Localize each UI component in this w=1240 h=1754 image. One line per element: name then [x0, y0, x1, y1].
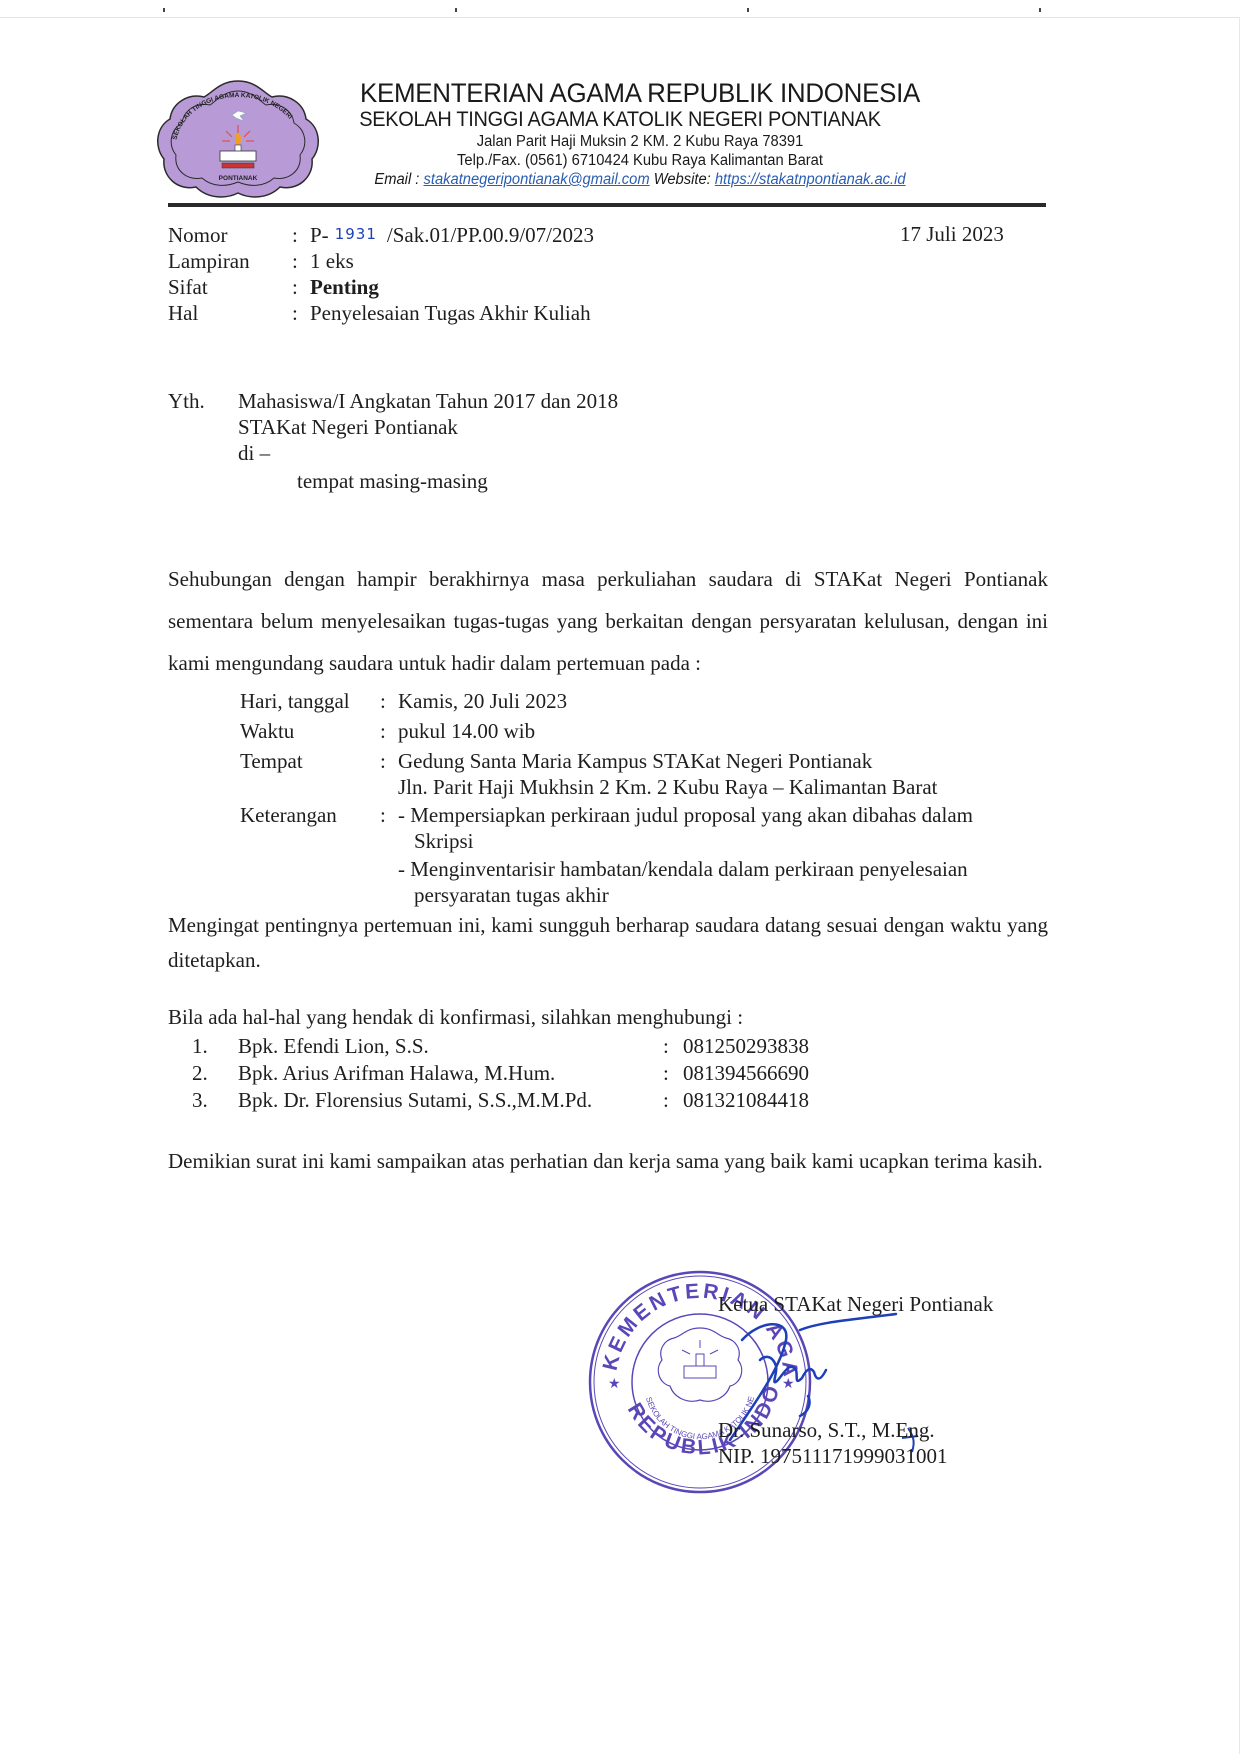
keterangan-item: - Menginventarisir hambatan/kendala dala…	[398, 856, 968, 882]
contact-item: 2.Bpk. Arius Arifman Halawa, M.Hum.:0813…	[192, 1060, 809, 1086]
letter-date: 17 Juli 2023	[900, 222, 1004, 247]
detail-hari: Hari, tanggal:Kamis, 20 Juli 2023	[240, 688, 567, 714]
email-label: Email :	[374, 171, 423, 188]
signatory-name: Dr. Sunarso, S.T., M.Eng.	[718, 1418, 935, 1443]
ministry-name: KEMENTERIAN AGAMA REPUBLIK INDONESIA	[333, 78, 947, 108]
salutation: Yth.	[168, 388, 205, 414]
institution-contact: Email : stakatnegeripontianak@gmail.com …	[336, 170, 944, 189]
handwritten-number: 1931	[335, 221, 377, 247]
recipient-line: STAKat Negeri Pontianak	[238, 414, 458, 440]
institution-logo-icon: SEKOLAH TINGGI AGAMA KATOLIK NEGERI PONT…	[152, 77, 324, 201]
detail-tempat: Tempat:Gedung Santa Maria Kampus STAKat …	[240, 748, 872, 774]
contact-intro: Bila ada hal-hal yang hendak di konfirma…	[168, 1004, 743, 1030]
signatory-title: Ketua STAKat Negeri Pontianak	[718, 1292, 993, 1317]
meta-nomor: Nomor:P-1931/Sak.01/PP.00.9/07/2023	[168, 222, 594, 250]
contact-phone: 081321084418	[683, 1088, 809, 1112]
nomor-suffix: /Sak.01/PP.00.9/07/2023	[387, 223, 594, 247]
detail-tempat-cont: Jln. Parit Haji Mukhsin 2 Km. 2 Kubu Ray…	[398, 774, 938, 800]
reminder-paragraph: Mengingat pentingnya pertemuan ini, kami…	[168, 908, 1048, 978]
contact-phone: 081394566690	[683, 1061, 809, 1085]
website-link[interactable]: https://stakatnpontianak.ac.id	[715, 171, 906, 188]
svg-text:PONTIANAK: PONTIANAK	[219, 175, 258, 182]
detail-keterangan: Keterangan:- Mempersiapkan perkiraan jud…	[240, 802, 973, 828]
contact-item: 1.Bpk. Efendi Lion, S.S.:081250293838	[192, 1033, 809, 1059]
keterangan-item-cont: persyaratan tugas akhir	[414, 882, 609, 908]
institution-address: Jalan Parit Haji Muksin 2 KM. 2 Kubu Ray…	[336, 132, 944, 151]
scan-mark	[1039, 8, 1041, 12]
svg-text:★: ★	[608, 1377, 621, 1392]
scan-mark	[747, 8, 749, 12]
contact-item: 3.Bpk. Dr. Florensius Sutami, S.S.,M.M.P…	[192, 1087, 809, 1113]
svg-text:KEMENTERIAN AGAMA: KEMENTERIAN AGAMA	[586, 1268, 802, 1381]
keterangan-item-cont: Skripsi	[414, 828, 474, 854]
institution-phone: Telp./Fax. (0561) 6710424 Kubu Raya Kali…	[336, 151, 944, 170]
meta-sifat: Sifat:Penting	[168, 274, 379, 300]
institution-name: SEKOLAH TINGGI AGAMA KATOLIK NEGERI PONT…	[297, 108, 943, 132]
email-link[interactable]: stakatnegeripontianak@gmail.com	[424, 171, 650, 188]
recipient-line: di –	[238, 440, 270, 466]
closing-paragraph: Demikian surat ini kami sampaikan atas p…	[168, 1140, 1048, 1182]
recipient-line: tempat masing-masing	[297, 468, 488, 494]
letterhead: KEMENTERIAN AGAMA REPUBLIK INDONESIA SEK…	[320, 78, 960, 189]
scan-edge	[0, 17, 1240, 18]
scan-mark	[163, 8, 165, 12]
svg-text:★: ★	[782, 1377, 795, 1392]
scan-mark	[455, 8, 457, 12]
opening-paragraph: Sehubungan dengan hampir berakhirnya mas…	[168, 558, 1048, 684]
meta-lampiran: Lampiran:1 eks	[168, 248, 354, 274]
recipient-line: Mahasiswa/I Angkatan Tahun 2017 dan 2018	[238, 388, 618, 414]
website-label: Website:	[650, 171, 715, 188]
contact-phone: 081250293838	[683, 1034, 809, 1058]
letterhead-divider	[168, 203, 1046, 207]
detail-waktu: Waktu:pukul 14.00 wib	[240, 718, 535, 744]
signatory-nip: NIP. 197511171999031001	[718, 1444, 947, 1469]
meta-hal: Hal:Penyelesaian Tugas Akhir Kuliah	[168, 300, 591, 326]
nomor-prefix: P-	[310, 223, 329, 247]
